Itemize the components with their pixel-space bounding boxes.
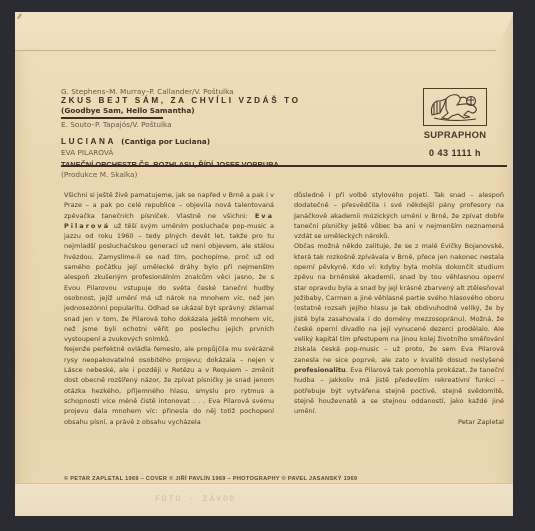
liner-notes-paragraph: Občas možná někdo zalituje, že se z malé… (294, 241, 504, 416)
catalog-number: 0 43 1111 h (409, 148, 501, 158)
label-brand: SUPRAPHON (409, 129, 501, 140)
liner-notes-paragraph: Všichni si ještě živě pamatujeme, jak se… (64, 190, 274, 344)
paragraph-text: Občas možná někdo zalituje, že se z malé… (294, 242, 504, 363)
header-divider (61, 165, 507, 167)
author-signature: Petar Zapletal (294, 417, 504, 427)
bottom-flap: FOTO - ZÁVOD (15, 483, 513, 516)
track-divider (61, 117, 163, 119)
supraphon-lion-logo-icon (423, 88, 487, 126)
track-1-writers: G. Stephens–M. Murray–P. Callander/V. Po… (61, 87, 381, 96)
track-2-writers: E. Souto–P. Tapajós/V. Poštulka (61, 120, 381, 129)
paragraph-text: už těší svým uměním posluchače pop-music… (64, 222, 274, 343)
paragraph-text: Nejenže perfektně ovládla řemeslo, ale p… (64, 345, 274, 425)
track-2-title: LUCIANA (61, 137, 116, 146)
liner-notes-paragraph: Nejenže perfektně ovládla řemeslo, ale p… (64, 344, 274, 426)
crease-mark (17, 13, 27, 23)
production-credit: (Produkce M. Skalka) (61, 170, 381, 179)
copyright-line: © PETAR ZAPLETAL 1969 – COVER © JIŘÍ PAV… (64, 476, 357, 482)
track-1-title: ZKUS BEJT SÁM, ZA CHVÍLI VZDÁŠ TO (61, 96, 381, 106)
record-sleeve-back: G. Stephens–M. Murray–P. Callander/V. Po… (15, 12, 513, 516)
liner-notes-left-column: Všichni si ještě živě pamatujeme, jak se… (64, 190, 274, 427)
track-2-original-title: (Cantiga por Luciana) (121, 137, 210, 146)
label-block: SUPRAPHON 0 43 1111 h (409, 88, 501, 158)
faded-stamp: FOTO - ZÁVOD (155, 495, 237, 504)
liner-notes-right-column: důsledně i při volbě stylového pojetí. T… (294, 190, 504, 427)
paragraph-text: důsledně i při volbě stylového pojetí. T… (294, 191, 504, 240)
paragraph-text: Všichni si ještě živě pamatujeme, jak se… (64, 191, 274, 220)
top-flap (15, 12, 513, 51)
emphasis-text: profesionalitu (294, 366, 346, 374)
track-1-original-title: (Goodbye Sam, Hello Samantha) (61, 106, 381, 115)
artist-name: EVA PILAROVÁ (61, 148, 381, 157)
liner-notes-paragraph: důsledně i při volbě stylového pojetí. T… (294, 190, 504, 241)
